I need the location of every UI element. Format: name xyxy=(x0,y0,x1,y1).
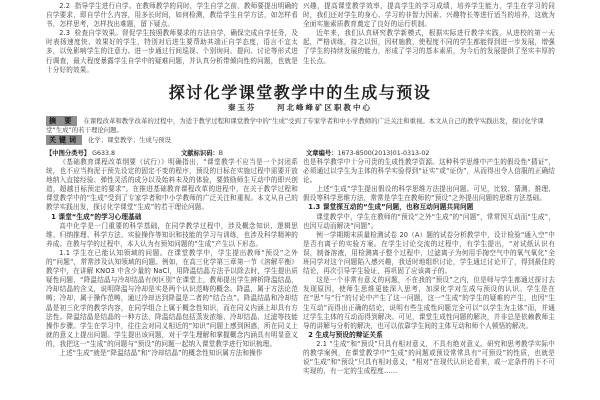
abstract: 摘 要在课程改革和教学改革的过程中，为适于教学过程和课堂教学中的“生成”受到了专… xyxy=(46,116,558,135)
body-left-column: 《基础教育课程改革纲要（试行）》明确指出，“课堂教学不应当是一个封闭系统，也不应… xyxy=(46,158,298,358)
paragraph: 上述“生成”学生提出假设的科学思维方法提出问题。可见，比较、猜测、推理、假设等科… xyxy=(303,185,555,203)
paragraph: 也是科学教学中十分可贵的生成性教学资源。这种科学思维中产生的假设性“猜证”，必须… xyxy=(303,158,555,185)
section-heading: 1 课堂“生成”的学习心理基础 xyxy=(46,213,298,222)
paragraph: 上述“生成”就是“降温结晶”和“冷却结晶”的概念性知识属方法和操作 xyxy=(46,349,298,358)
paragraph: 课堂教学中，学生在教师的“预设”之外“生成”的“问题”，常常因互动而“生成”，也… xyxy=(303,213,555,231)
author-name: 秦玉芬 xyxy=(228,103,257,112)
paragraph: 近年来，我们认真研究教学新模式，根据实际进行教学实践，从进校的第一天起，严格训练… xyxy=(303,29,555,65)
paragraph: 2.2 指导学生进行自学。在教师教学的同时，学生自学之前，教师要提出明确的自学要… xyxy=(46,2,298,29)
prev-article-right-column: 兴趣，提高课堂教学效率，提高学生的学习成绩，培养学生能力，学生在学习的同时，我们… xyxy=(303,2,555,66)
keywords: 关键词化学；课堂教学；生成与预设 xyxy=(46,135,558,145)
abstract-text: 在课程改革和教学改革的过程中，为适于教学过程和课堂教学中的“生成”受到了专家学者… xyxy=(46,117,544,134)
article-title: 探讨化学课堂教学中的生成与预设 xyxy=(0,80,600,103)
document-code: 文献标识码：B xyxy=(181,148,306,157)
paragraph: 1.1 学生在已能认知领域的问题。在课堂教学中，学生提出教师“预设”之外的“问题… xyxy=(46,249,298,349)
author-affiliation: 河北峰峰矿区职教中心 xyxy=(277,103,372,112)
journal-page: 2.2 指导学生进行自学。在教师教学的同时，学生自学之前，教师要提出明确的自学要… xyxy=(0,0,600,400)
paragraph: 例一学期期末质量检测试卷 20（A）题的试卷分析教学中，设计检验“通入空”中是否… xyxy=(303,231,555,276)
author-line: 秦玉芬 河北峰峰矿区职教中心 xyxy=(0,102,600,113)
section-heading: 1.3 课堂探互动的“生成”问题，也称互动问题共同问题 xyxy=(303,203,555,212)
abstract-label: 摘 要 xyxy=(46,116,77,126)
prev-article-left-column: 2.2 指导学生进行自学。在教师教学的同时，学生自学之前，教师要提出明确的自学要… xyxy=(46,2,298,75)
keywords-label: 关键词 xyxy=(46,135,82,145)
paragraph: 兴趣，提高课堂教学效率，提高学生的学习成绩，培养学生能力，学生在学习的同时，我们… xyxy=(303,2,555,29)
paragraph: 《基础教育课程改革纲要（试行）》明确指出，“课堂教学不应当是一个封闭系统，也不应… xyxy=(46,158,298,213)
paragraph: 2.1 “生成”和“预设”只具有相对意义，不具有绝对意义。研究和思考教学实际中的… xyxy=(303,340,555,376)
paragraph: 高中化学是一门重要的科学基础，在同学教学过程中，涉及概念知识、逻辑思维、归纳推理… xyxy=(46,222,298,249)
body-right-column: 也是科学教学中十分可贵的生成性教学资源。这种科学思维中产生的假设性“猜证”，必须… xyxy=(303,158,555,376)
keywords-text: 化学；课堂教学；生成与预设 xyxy=(88,136,171,144)
article-metadata: 【中图分类号】 G633.8 文献标识码：B 文章编号：1673-8500(20… xyxy=(46,148,558,157)
paragraph: 2.3 检查自学效果。督促学生按照教师要求的方法自学，确保完成自学任务，及时表扬… xyxy=(46,29,298,74)
article-number: 文章编号：1673-8500(2013)01-0313-02 xyxy=(306,148,429,157)
section-heading: 2 生成与预设的辩证关系 xyxy=(303,331,555,340)
clc-number: 【中图分类号】 G633.8 xyxy=(46,148,181,157)
paragraph: 这是一个非常有意义的问题，不在我的“预设”之内，但是师与学生都通过探讨去发现原因… xyxy=(303,276,555,331)
